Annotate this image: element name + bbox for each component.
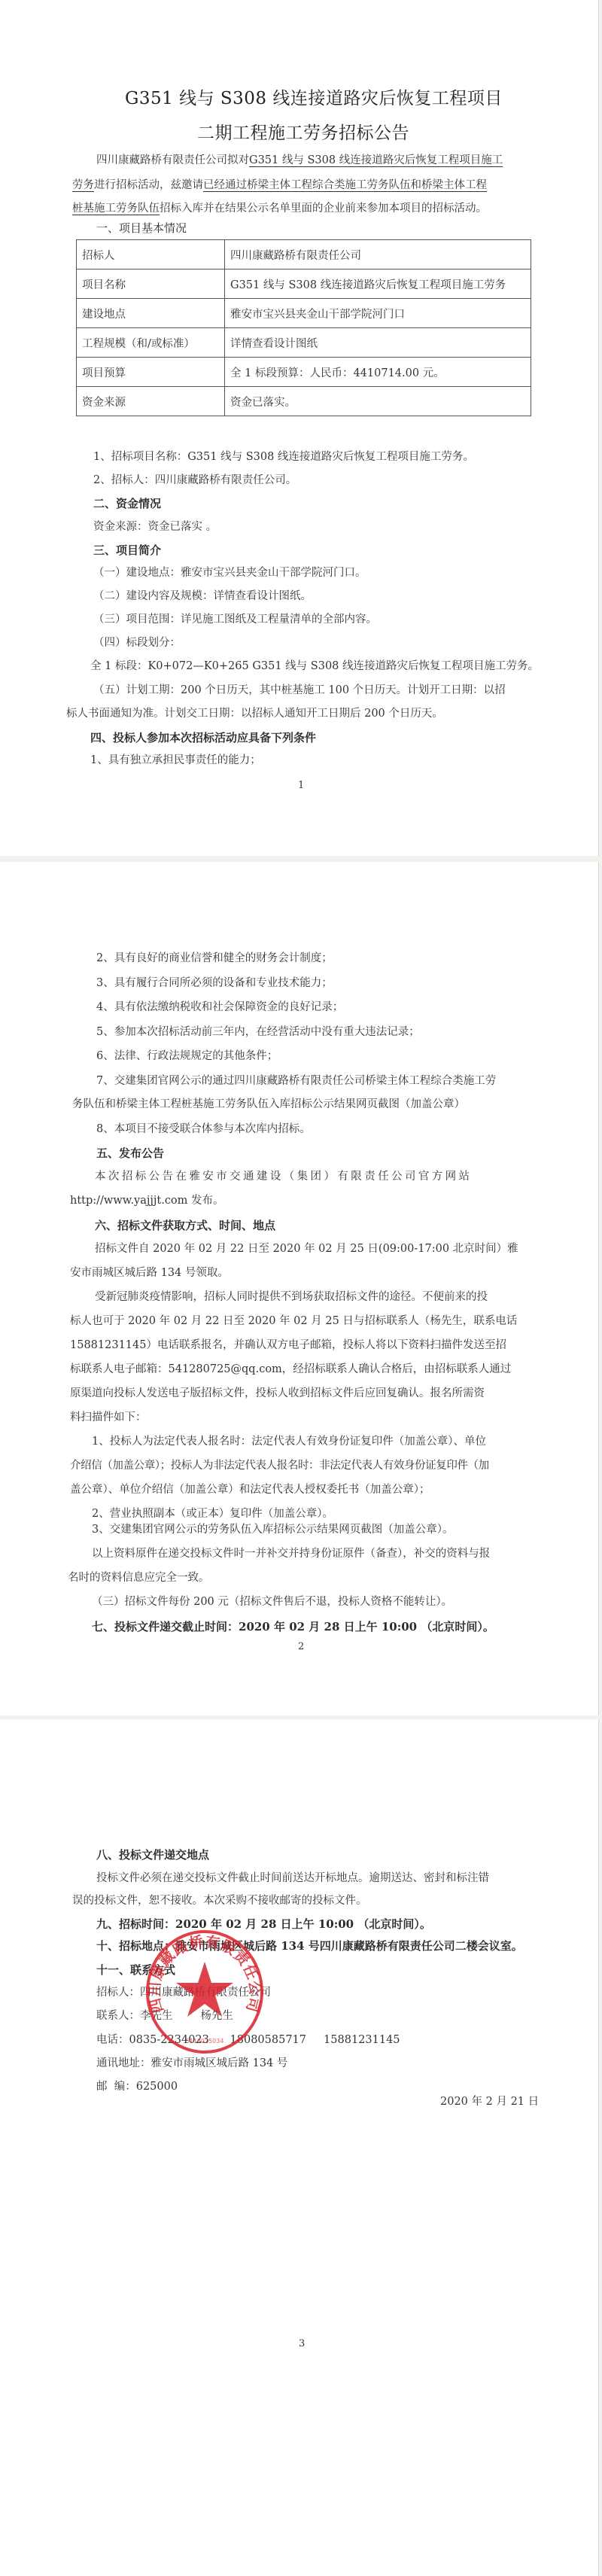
s3-item: （一）建设地点：雅安市宝兴县夹金山干部学院河门口。 [93, 565, 366, 580]
s6-line: 原渠道向投标人发送电子版招标文件，投标人收到招标文件后应回复确认。报名所需资 [70, 1386, 485, 1401]
section-2-heading: 二、资金情况 [93, 495, 161, 511]
table-value: 四川康藏路桥有限责任公司 [225, 240, 531, 269]
s1-item-2: 2、招标人：四川康藏路桥有限责任公司。 [93, 473, 296, 488]
s6-line: 2、营业执照副本（或正本）复印件（加盖公章）。 [92, 1506, 333, 1521]
table-row: 项目名称G351 线与 S308 线连接道路灾后恢复工程项目施工劳务 [77, 269, 531, 299]
section-7: 七、投标文件递交截止时间：2020 年 02 月 28 日上午 10:00 （北… [92, 1618, 494, 1634]
table-value: 资金已落实。 [225, 387, 531, 416]
table-key: 建设地点 [77, 299, 225, 328]
contact-address: 通讯地址：雅安市雨城区城后路 134 号 [96, 2056, 287, 2071]
s4-item: 务队伍和桥梁主体工程桩基施工劳务队伍入库招标公示结果网页截图（加盖公章） [72, 1097, 465, 1112]
intro-qualified-teams-cont: 桩基施工劳务队伍 [72, 202, 160, 215]
table-value: 全 1 标段预算：人民币：4410714.00 元。 [225, 358, 531, 387]
section-8-heading: 八、投标文件递交地点 [96, 1847, 209, 1862]
s6-email-line: 标联系人电子邮箱：541280725@qq.com，经招标联系人确认合格后，由招… [70, 1362, 511, 1377]
s5-website-link[interactable]: http://www.yajjjt.com 发布。 [70, 1193, 224, 1208]
s6-line: 介绍信（加盖公章）；投标人为非法定代表人报名时：非法定代表人有效身份证复印件（加 [70, 1458, 489, 1473]
document-page-3: 八、投标文件递交地点 投标文件必须在递交投标文件截止时间前送达开标地点。逾期送达… [0, 1719, 599, 2576]
s8-line-1: 投标文件必须在递交投标文件截止时间前送达开标地点。逾期送达、密封和标注错 [96, 1871, 489, 1886]
s6-line: 15881231145）电话联系报名，并确认双方电子邮箱，投标人将以下资料扫描件… [70, 1338, 506, 1353]
section-6-heading: 六、招标文件获取方式、时间、地点 [95, 1217, 275, 1233]
s6-line: 标人也可于 2020 年 02 月 22 日至 2020 年 02 月 25 日… [70, 1314, 517, 1329]
table-row: 建设地点雅安市宝兴县夹金山干部学院河门口 [77, 299, 531, 328]
table-key: 工程规模（和/或标准） [77, 328, 225, 358]
s6-line: 1、投标人为法定代表人报名时：法定代表人有效身份证复印件（加盖公章）、单位 [92, 1434, 486, 1449]
table-key: 项目名称 [77, 269, 225, 299]
s2-text: 资金来源：资金已落实 。 [93, 519, 217, 534]
s6-line: 招标文件自 2020 年 02 月 22 日至 2020 年 02 月 25 日… [95, 1241, 518, 1256]
document-page-2: 2、具有良好的商业信誉和健全的财务会计制度； 3、具有履行合同所必须的设备和专业… [0, 862, 599, 1716]
s4-item: 8、本项目不接受联合体参与本次库内招标。 [96, 1122, 311, 1137]
intro-text: 四川康藏路桥有限责任公司拟对 [96, 154, 249, 166]
s6-line: 料扫描件如下： [70, 1410, 147, 1425]
contact-postcode: 邮 编：625000 [96, 2079, 178, 2094]
intro-qualified-teams: 已经通过桥梁主体工程综合类施工劳务队伍和桥梁主体工程 [203, 179, 487, 191]
intro-project-name: G351 线与 S308 线连接道路灾后恢复工程项目施工 [249, 154, 503, 166]
table-value: 雅安市宝兴县夹金山干部学院河门口 [225, 299, 531, 328]
s6-line: 3、交建集团官网公示的劳务队伍入库招标公示结果网页截图（加盖公章）。 [92, 1522, 453, 1537]
s1-item-1: 1、招标项目名称：G351 线与 S308 线连接道路灾后恢复工程项目施工劳务。 [93, 449, 474, 464]
s3-item: （五）计划工期：200 个日历天，其中桩基施工 100 个日历天。计划开工日期：… [93, 683, 506, 698]
document-page-1: G351 线与 S308 线连接道路灾后恢复工程项目 二期工程施工劳务招标公告 … [0, 0, 599, 856]
page-number: 2 [298, 1641, 304, 1652]
document-title-line-2: 二期工程施工劳务招标公告 [197, 119, 409, 144]
page-number: 1 [298, 780, 304, 791]
s4-item: 5、参加本次招标活动前三年内，在经营活动中没有重大违法记录； [96, 1025, 420, 1040]
s3-item: 全 1 标段：K0+072—K0+265 G351 线与 S308 线连接道路灾… [90, 659, 539, 674]
intro-text: 进行招标活动，兹邀请 [94, 179, 203, 191]
seal-icon: 四川康藏路桥有限责任公司 5118025034 [141, 1929, 268, 2055]
intro-text: 招标入库并在结果公示名单里面的企业前来参加本项目的招标活动。 [160, 202, 487, 215]
s5-line-1: 本 次 招 标 公 告 在 雅 安 市 交 通 建 设 （ 集 团 ） 有 限 … [95, 1169, 469, 1184]
s6-line: 安市雨城区城后路 134 号领取。 [70, 1265, 229, 1280]
s4-item: 1、具有独立承担民事责任的能力； [90, 753, 261, 768]
project-info-table: 招标人四川康藏路桥有限责任公司 项目名称G351 线与 S308 线连接道路灾后… [76, 239, 531, 416]
intro-project-name-cont: 劳务 [72, 179, 94, 191]
company-seal-stamp: 四川康藏路桥有限责任公司 5118025034 [141, 1929, 268, 2055]
table-value: G351 线与 S308 线连接道路灾后恢复工程项目施工劳务 [225, 269, 531, 299]
s3-item: （二）建设内容及规模：详情查看设计图纸。 [93, 589, 312, 604]
s4-item: 2、具有良好的商业信誉和健全的财务会计制度； [96, 951, 333, 966]
document-date: 2020 年 2 月 21 日 [440, 2094, 539, 2109]
s6-line: 盖公章）、单位介绍信（加盖公章）和法定代表人授权委托书（加盖公章）； [70, 1482, 430, 1497]
table-value: 详情查看设计图纸 [225, 328, 531, 358]
s4-item: 4、具有依法缴纳税收和社会保障资金的良好记录； [96, 1000, 343, 1015]
table-row: 项目预算全 1 标段预算：人民币：4410714.00 元。 [77, 358, 531, 387]
page-number: 3 [299, 2338, 305, 2349]
s8-line-2: 误的投标文件，恕不接收。本次采购不接收邮寄的投标文件。 [72, 1893, 367, 1908]
s4-item: 3、具有履行合同所必须的设备和专业技术能力； [96, 976, 333, 991]
table-row: 资金来源资金已落实。 [77, 387, 531, 416]
intro-line-2: 劳务进行招标活动，兹邀请已经通过桥梁主体工程综合类施工劳务队伍和桥梁主体工程 [72, 178, 487, 193]
section-1-heading: 一、项目基本情况 [96, 220, 187, 236]
intro-line-1: 四川康藏路桥有限责任公司拟对G351 线与 S308 线连接道路灾后恢复工程项目… [96, 153, 503, 168]
table-key: 项目预算 [77, 358, 225, 387]
table-row: 工程规模（和/或标准）详情查看设计图纸 [77, 328, 531, 358]
s6-line: 以上资料原件在递交投标文件时一并补交并持身份证原件（备查），补交的资料与报 [92, 1546, 490, 1561]
s3-item: 标人书面通知为准。计划交工日期：以招标人通知开工日期后 200 个日历天。 [66, 706, 443, 721]
s3-item: （三）项目范围：详见施工图纸及工程量清单的全部内容。 [93, 612, 377, 627]
section-4-heading: 四、投标人参加本次招标活动应具备下列条件 [90, 729, 316, 745]
document-title-line-1: G351 线与 S308 线连接道路灾后恢复工程项目 [125, 84, 503, 109]
table-row: 招标人四川康藏路桥有限责任公司 [77, 240, 531, 269]
section-5-heading: 五、发布公告 [96, 1145, 164, 1161]
section-3-heading: 三、项目简介 [93, 542, 161, 558]
table-key: 招标人 [77, 240, 225, 269]
svg-text:5118025034: 5118025034 [186, 2038, 224, 2045]
s6-line: 名时的资料信息应完全一致。 [68, 1570, 210, 1585]
s3-item: （四）标段划分： [93, 635, 181, 650]
table-key: 资金来源 [77, 387, 225, 416]
s4-item: 6、法律、行政法规规定的其他条件； [96, 1049, 278, 1064]
intro-line-3: 桩基施工劳务队伍招标入库并在结果公示名单里面的企业前来参加本项目的招标活动。 [72, 201, 487, 216]
s6-line: （三）招标文件每份 200 元（招标文件售后不退，投标人资格不能转让）。 [92, 1594, 452, 1609]
s6-line: 受新冠肺炎疫情影响，招标人同时提供不到场获取招标文件的途径。不便前来的投 [95, 1290, 488, 1305]
s4-item: 7、交建集团官网公示的通过四川康藏路桥有限责任公司桥梁主体工程综合类施工劳 [96, 1073, 496, 1089]
